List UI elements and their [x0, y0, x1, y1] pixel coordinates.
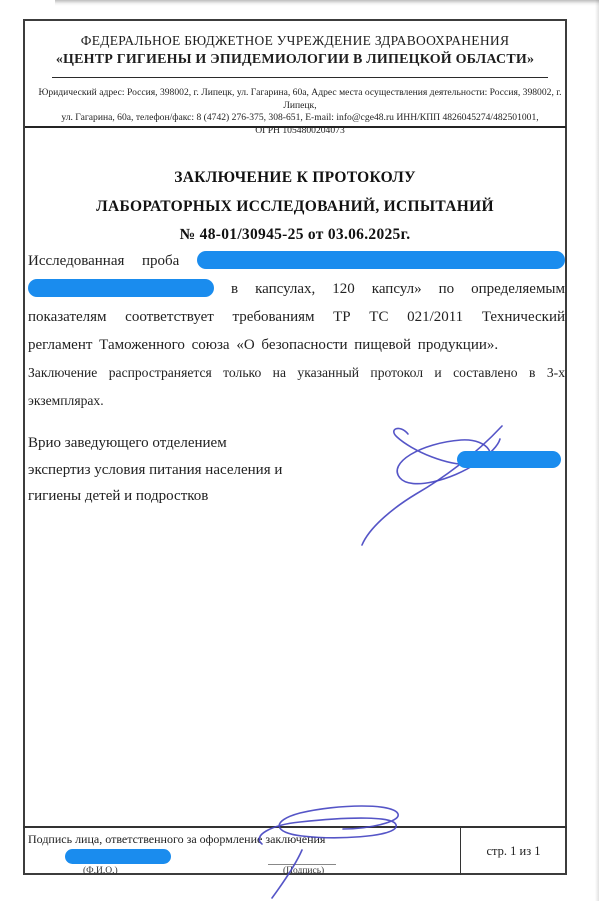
header-divider-thick — [25, 126, 566, 128]
position-line2: экспертиз условия питания населения и — [28, 457, 328, 484]
handwritten-signature-footer-icon — [248, 806, 408, 901]
scanned-document-page: { "page": { "header": { "org_line1": "ФЕ… — [0, 0, 599, 901]
letterhead: ФЕДЕРАЛЬНОЕ БЮДЖЕТНОЕ УЧРЕЖДЕНИЕ ЗДРАВОО… — [23, 31, 567, 70]
document-title: ЗАКЛЮЧЕНИЕ К ПРОТОКОЛУ ЛАБОРАТОРНЫХ ИССЛ… — [23, 164, 567, 250]
conclusion-body: Исследованная проба в капсулах, 120 капс… — [28, 247, 565, 415]
redaction-bar — [28, 279, 214, 297]
handwritten-signature-icon — [346, 414, 516, 552]
body-line-4: регламент Таможенного союза «О безопасно… — [28, 331, 565, 359]
address-line: Юридический адрес: Россия, 398002, г. Ли… — [30, 87, 570, 112]
address-line: ул. Гагарина, 60а, телефон/факс: 8 (4742… — [30, 112, 570, 125]
body-line1-text: Исследованная проба — [28, 253, 179, 269]
organization-name-line1: ФЕДЕРАЛЬНОЕ БЮДЖЕТНОЕ УЧРЕЖДЕНИЕ ЗДРАВОО… — [23, 31, 567, 50]
note-line-2: экземплярах. — [28, 387, 565, 415]
title-line2: ЛАБОРАТОРНЫХ ИССЛЕДОВАНИЙ, ИСПЫТАНИЙ — [23, 193, 567, 222]
note-line-1: Заключение распространяется только на ук… — [28, 359, 565, 387]
header-divider-thin — [52, 77, 548, 78]
redaction-bar-fio — [65, 849, 171, 864]
redaction-bar — [197, 251, 565, 269]
official-position: Врио заведующего отделением экспертиз ус… — [28, 430, 328, 510]
scan-artifact-right — [595, 0, 599, 901]
body-line-3: показателям соответствует требованиям ТР… — [28, 303, 565, 331]
body-line-2: в капсулах, 120 капсул» по определяемым — [28, 275, 565, 303]
page-number: стр. 1 из 1 — [460, 828, 567, 875]
organization-name-line2: «ЦЕНТР ГИГИЕНЫ И ЭПИДЕМИОЛОГИИ В ЛИПЕЦКО… — [23, 50, 567, 70]
position-line3: гигиены детей и подростков — [28, 483, 328, 510]
body-line2-text: в капсулах, 120 капсул» по определяемым — [231, 281, 565, 297]
redaction-bar-signature — [457, 451, 561, 468]
title-line3-protocol-number: № 48-01/30945-25 от 03.06.2025г. — [23, 221, 567, 250]
fio-caption: (Ф.И.О.) — [83, 866, 118, 876]
title-line1: ЗАКЛЮЧЕНИЕ К ПРОТОКОЛУ — [23, 164, 567, 193]
position-line1: Врио заведующего отделением — [28, 430, 328, 457]
body-line-1: Исследованная проба — [28, 247, 565, 275]
scan-artifact-top — [55, 0, 599, 6]
legal-address: Юридический адрес: Россия, 398002, г. Ли… — [30, 87, 570, 137]
